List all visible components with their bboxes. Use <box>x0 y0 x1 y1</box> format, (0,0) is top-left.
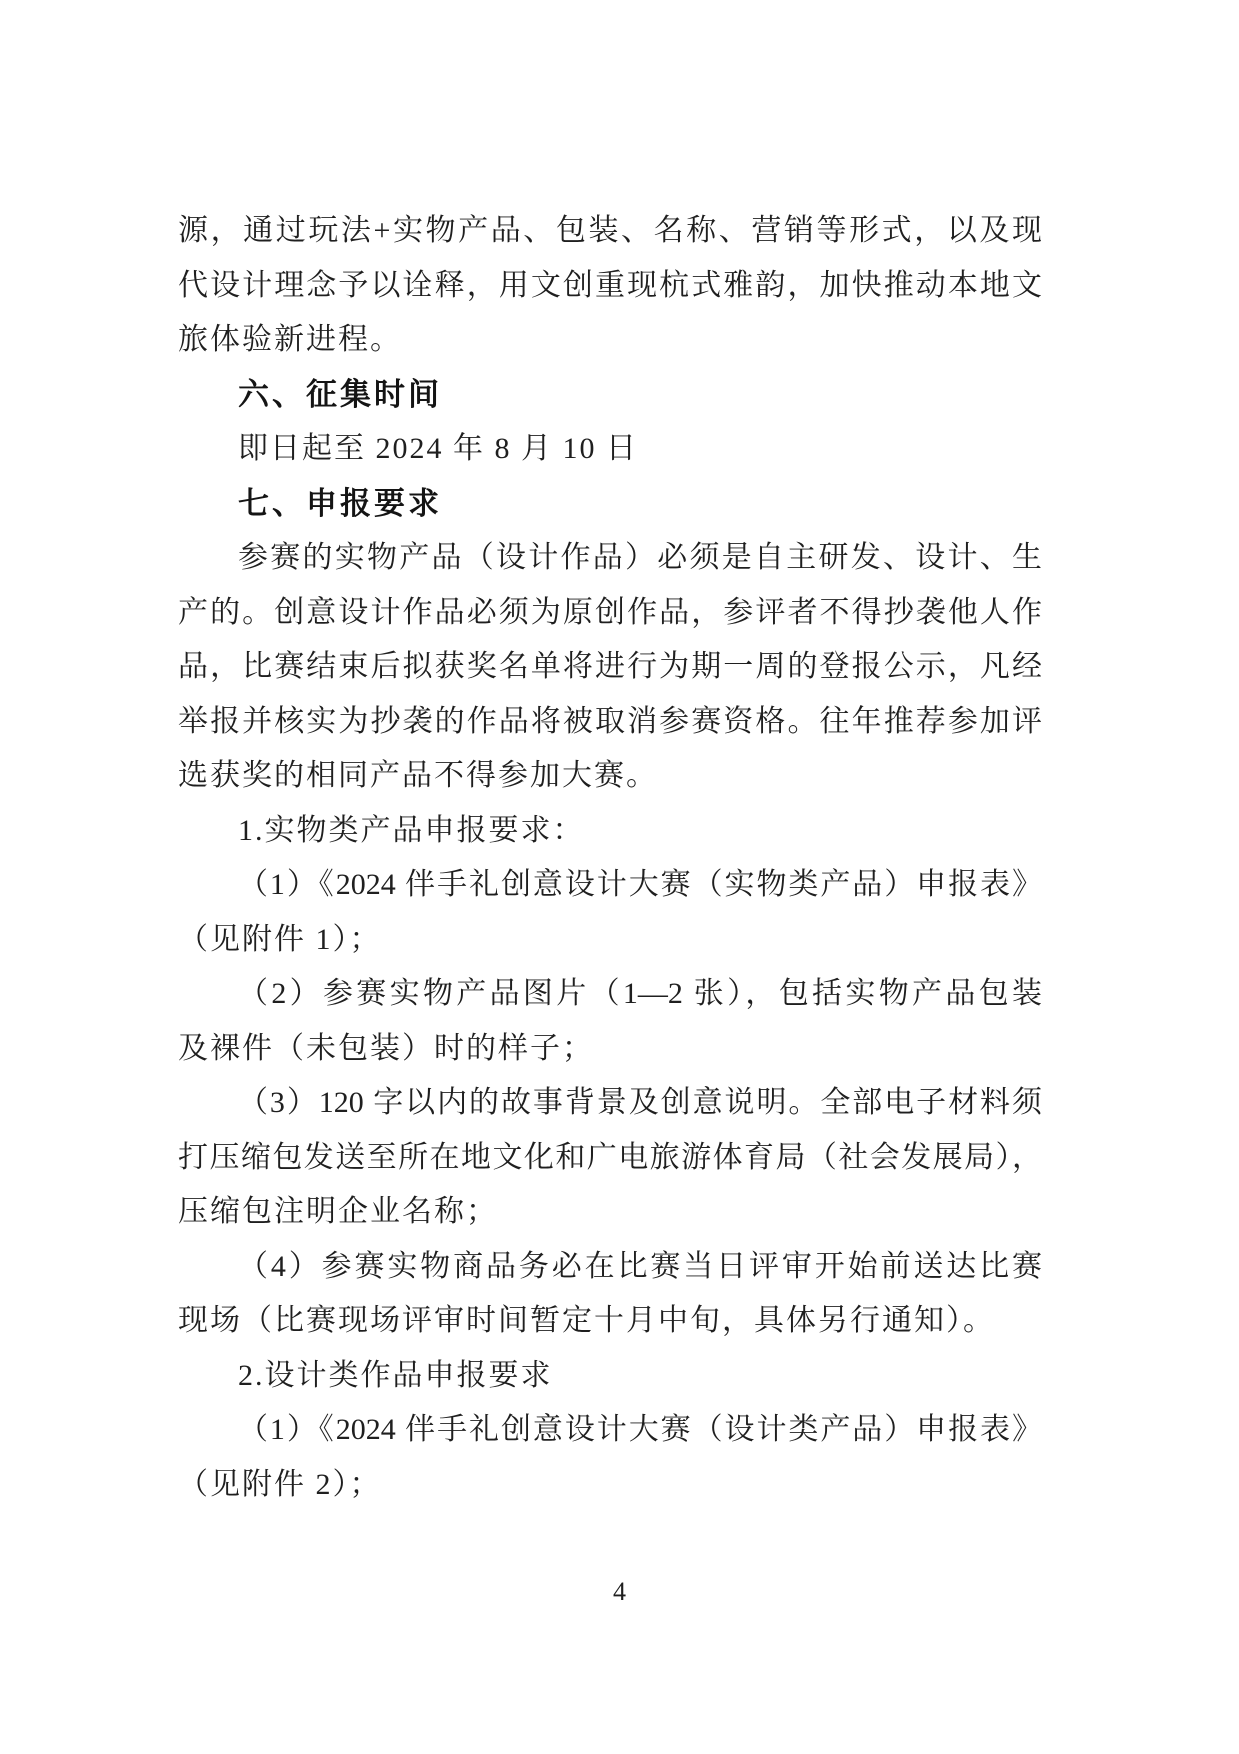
section-heading: 六、征集时间 <box>178 368 1042 423</box>
page-number: 4 <box>0 1572 1239 1612</box>
text-line: 参赛的实物产品（设计作品）必须是自主研发、设计、生 <box>178 531 1042 586</box>
text-line: 即日起至 2024 年 8 月 10 日 <box>178 422 1042 477</box>
text-line: 品，比赛结束后拟获奖名单将进行为期一周的登报公示，凡经 <box>178 640 1042 695</box>
text-line: 产的。创意设计作品必须为原创作品，参评者不得抄袭他人作 <box>178 586 1042 641</box>
text-line: 打压缩包发送至所在地文化和广电旅游体育局（社会发展局）， <box>178 1131 1042 1186</box>
text-line: （1）《2024 伴手礼创意设计大赛（实物类产品）申报表》 <box>178 858 1042 913</box>
text-line: 举报并核实为抄袭的作品将被取消参赛资格。往年推荐参加评 <box>178 695 1042 750</box>
text-line: 压缩包注明企业名称； <box>178 1185 1042 1240</box>
text-line: 2.设计类作品申报要求 <box>178 1349 1042 1404</box>
text-line: 选获奖的相同产品不得参加大赛。 <box>178 749 1042 804</box>
text-line: （3）120 字以内的故事背景及创意说明。全部电子材料须 <box>178 1076 1042 1131</box>
text-line: 旅体验新进程。 <box>178 313 1042 368</box>
text-line: （1）《2024 伴手礼创意设计大赛（设计类产品）申报表》 <box>178 1403 1042 1458</box>
document-page: 源，通过玩法+实物产品、包装、名称、营销等形式，以及现代设计理念予以诠释，用文创… <box>0 0 1239 1754</box>
document-body: 源，通过玩法+实物产品、包装、名称、营销等形式，以及现代设计理念予以诠释，用文创… <box>178 204 1042 1512</box>
text-line: （见附件 2）； <box>178 1458 1042 1513</box>
text-line: 现场（比赛现场评审时间暂定十月中旬，具体另行通知）。 <box>178 1294 1042 1349</box>
text-line: （4）参赛实物商品务必在比赛当日评审开始前送达比赛 <box>178 1240 1042 1295</box>
text-line: 及裸件（未包装）时的样子； <box>178 1022 1042 1077</box>
text-line: 代设计理念予以诠释，用文创重现杭式雅韵，加快推动本地文 <box>178 259 1042 314</box>
text-line: 源，通过玩法+实物产品、包装、名称、营销等形式，以及现 <box>178 204 1042 259</box>
section-heading: 七、申报要求 <box>178 477 1042 532</box>
text-line: 1.实物类产品申报要求： <box>178 804 1042 859</box>
text-line: （见附件 1）； <box>178 913 1042 968</box>
text-line: （2）参赛实物产品图片（1—2 张），包括实物产品包装 <box>178 967 1042 1022</box>
